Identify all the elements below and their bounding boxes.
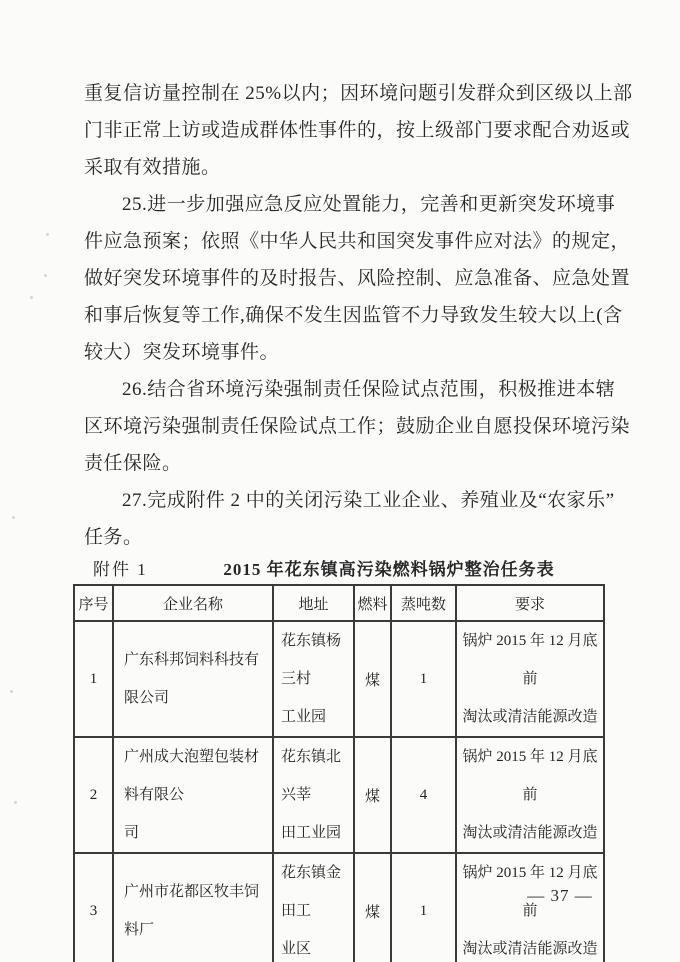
paragraph-line: 26.结合省环境污染强制责任保险试点范围，积极推进本辖 — [84, 371, 596, 408]
cell-seq: 2 — [74, 737, 113, 853]
table-row: 1 广东科邦饲料科技有限公司 花东镇杨三村 工业园 煤 1 锅炉 2015 年 … — [74, 621, 604, 737]
cell-requirement: 锅炉 2015 年 12 月底前 淘汰或清洁能源改造 — [456, 853, 604, 962]
cell-seq: 1 — [74, 621, 113, 737]
document-page: 重复信访量控制在 25%以内；因环境问题引发群众到区级以上部 门非正常上访或造成… — [0, 0, 680, 962]
cell-tonnage: 1 — [391, 853, 456, 962]
paragraph-line: 和事后恢复等工作,确保不发生因监管不力导致发生较大以上(含 — [84, 297, 596, 334]
cell-address: 花东镇金田工 业区 — [273, 853, 354, 962]
paragraph-line: 任务。 — [84, 519, 596, 556]
attachment-heading: 附件 1 2015 年花东镇高污染燃料锅炉整治任务表 — [93, 555, 596, 579]
scan-speck — [14, 801, 17, 804]
header-company: 企业名称 — [113, 585, 273, 621]
cell-requirement: 锅炉 2015 年 12 月底前 淘汰或清洁能源改造 — [456, 621, 604, 737]
cell-company: 广州成大泡塑包装材料有限公 司 — [113, 737, 273, 853]
page-number: — 37 — — [505, 886, 615, 906]
scan-speck — [44, 274, 47, 277]
scan-speck — [12, 516, 15, 519]
paragraph-line: 采取有效措施。 — [84, 149, 596, 186]
scan-speck — [30, 296, 33, 299]
table-row: 3 广州市花都区牧丰饲料厂 花东镇金田工 业区 煤 1 锅炉 2015 年 12… — [74, 853, 604, 962]
paragraph-line: 责任保险。 — [84, 445, 596, 482]
paragraph-line: 重复信访量控制在 25%以内；因环境问题引发群众到区级以上部 — [84, 75, 596, 112]
scan-speck — [10, 690, 13, 693]
cell-company: 广州市花都区牧丰饲料厂 — [113, 853, 273, 962]
cell-address: 花东镇北兴莘 田工业园 — [273, 737, 354, 853]
header-requirement: 要求 — [456, 585, 604, 621]
table-row: 2 广州成大泡塑包装材料有限公 司 花东镇北兴莘 田工业园 煤 4 锅炉 201… — [74, 737, 604, 853]
table-title: 2015 年花东镇高污染燃料锅炉整治任务表 — [189, 555, 589, 580]
paragraph-line: 门非正常上访或造成群体性事件的，按上级部门要求配合劝返或 — [84, 112, 596, 149]
cell-fuel: 煤 — [354, 853, 391, 962]
cell-fuel: 煤 — [354, 737, 391, 853]
paragraph-line: 区环境污染强制责任保险试点工作；鼓励企业自愿投保环境污染 — [84, 408, 596, 445]
header-seq: 序号 — [74, 585, 113, 621]
header-tonnage: 蒸吨数 — [391, 585, 456, 621]
cell-seq: 3 — [74, 853, 113, 962]
paragraph-line: 件应急预案；依照《中华人民共和国突发事件应对法》的规定， — [84, 223, 596, 260]
cell-tonnage: 1 — [391, 621, 456, 737]
paragraph-line: 做好突发环境事件的及时报告、风险控制、应急准备、应急处置 — [84, 260, 596, 297]
paragraph-line: 较大）突发环境事件。 — [84, 334, 596, 371]
cell-address: 花东镇杨三村 工业园 — [273, 621, 354, 737]
body-text: 重复信访量控制在 25%以内；因环境问题引发群众到区级以上部 门非正常上访或造成… — [84, 75, 596, 556]
table-header-row: 序号 企业名称 地址 燃料 蒸吨数 要求 — [74, 585, 604, 621]
cell-requirement: 锅炉 2015 年 12 月底前 淘汰或清洁能源改造 — [456, 737, 604, 853]
cell-fuel: 煤 — [354, 621, 391, 737]
cell-tonnage: 4 — [391, 737, 456, 853]
header-address: 地址 — [273, 585, 354, 621]
cell-company: 广东科邦饲料科技有限公司 — [113, 621, 273, 737]
attachment-label: 附件 1 — [93, 555, 148, 580]
header-fuel: 燃料 — [354, 585, 391, 621]
paragraph-line: 25.进一步加强应急反应处置能力，完善和更新突发环境事 — [84, 186, 596, 223]
scan-speck — [46, 233, 49, 236]
paragraph-line: 27.完成附件 2 中的关闭污染工业企业、养殖业及“农家乐” — [84, 482, 596, 519]
